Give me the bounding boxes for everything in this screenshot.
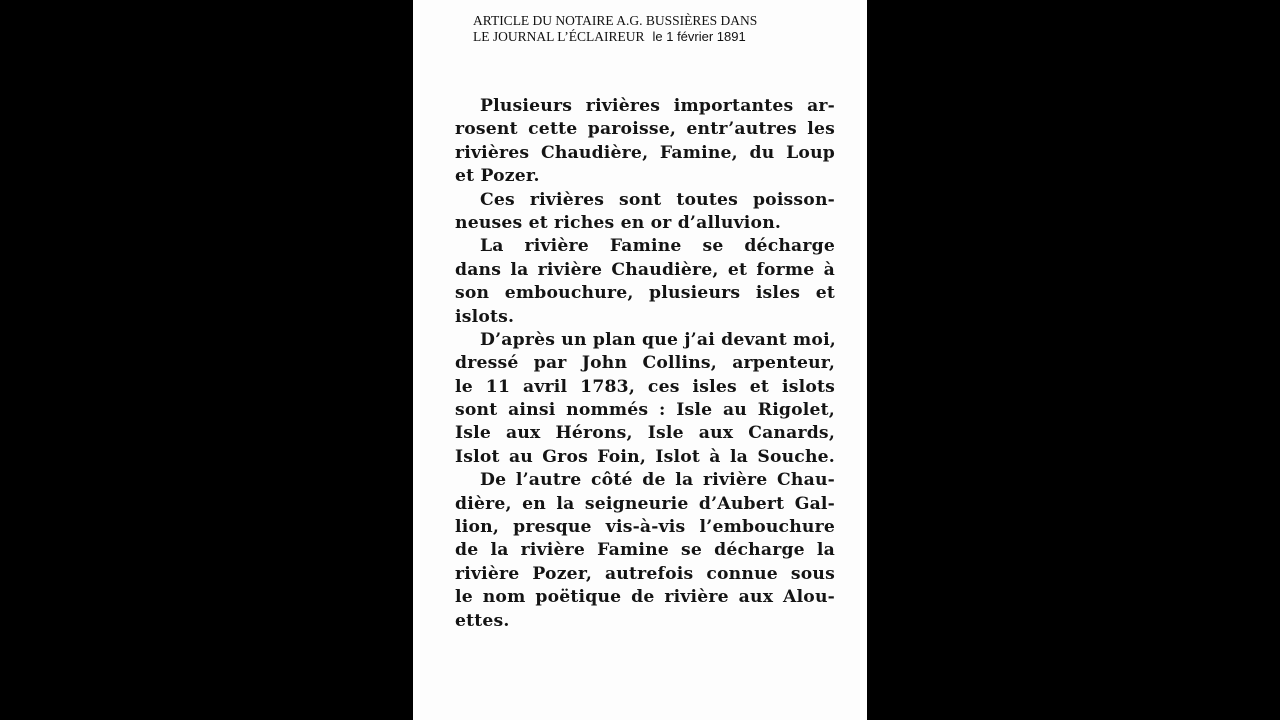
caption-journal: LE JOURNAL L’ÉCLAIREUR: [473, 29, 645, 44]
text-line: Isle aux Hérons, Isle aux Canards,: [455, 422, 835, 445]
text-line: le 11 avril 1783, ces isles et islots: [455, 376, 835, 399]
caption-date: le 1 février 1891: [653, 29, 746, 44]
text-line: De l’autre côté de la rivière Chau-: [455, 469, 835, 492]
text-line: dière, en la seigneurie d’Aubert Gal-: [455, 493, 835, 516]
text-line: et Pozer.: [455, 165, 835, 188]
text-line: rivières Chaudière, Famine, du Loup: [455, 142, 835, 165]
text-line: dans la rivière Chaudière, et forme à: [455, 259, 835, 282]
text-line: de la rivière Famine se décharge la: [455, 539, 835, 562]
article-caption: ARTICLE DU NOTAIRE A.G. BUSSIÈRES DANS L…: [473, 13, 757, 45]
document-page: ARTICLE DU NOTAIRE A.G. BUSSIÈRES DANS L…: [413, 0, 867, 720]
text-line: neuses et riches en or d’alluvion.: [455, 212, 835, 235]
text-line: dressé par John Collins, arpenteur,: [455, 352, 835, 375]
text-line: sont ainsi nommés : Isle au Rigolet,: [455, 399, 835, 422]
text-line: Plusieurs rivières importantes ar-: [455, 95, 835, 118]
text-line: rivière Pozer, autrefois connue sous: [455, 563, 835, 586]
text-line: La rivière Famine se décharge: [455, 235, 835, 258]
screen: ARTICLE DU NOTAIRE A.G. BUSSIÈRES DANS L…: [0, 0, 1280, 720]
caption-line-1: ARTICLE DU NOTAIRE A.G. BUSSIÈRES DANS: [473, 13, 757, 29]
text-line: rosent cette paroisse, entr’autres les: [455, 118, 835, 141]
text-line: islots.: [455, 306, 835, 329]
text-line: Ces rivières sont toutes poisson-: [455, 189, 835, 212]
text-line: D’après un plan que j’ai devant moi,: [455, 329, 835, 352]
text-line: lion, presque vis-à-vis l’embouchure: [455, 516, 835, 539]
caption-line-2: LE JOURNAL L’ÉCLAIREURle 1 février 1891: [473, 29, 757, 45]
article-body: Plusieurs rivières importantes ar- rosen…: [455, 95, 835, 633]
text-line: son embouchure, plusieurs isles et: [455, 282, 835, 305]
text-line: le nom poëtique de rivière aux Alou-: [455, 586, 835, 609]
text-line: Islot au Gros Foin, Islot à la Souche.: [455, 446, 835, 469]
text-line: ettes.: [455, 610, 835, 633]
